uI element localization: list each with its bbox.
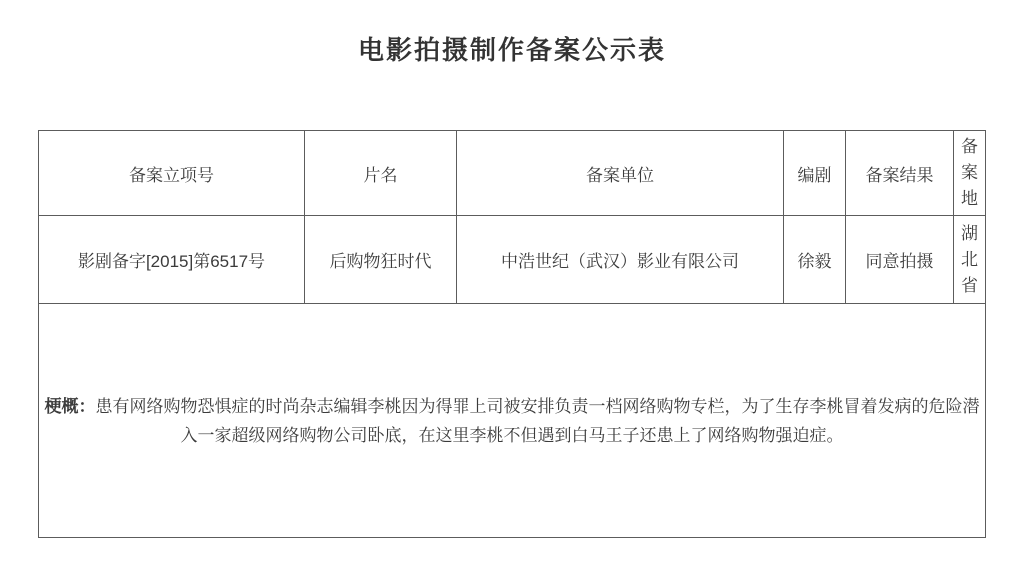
header-film-title: 片名 xyxy=(305,131,457,216)
header-filing-number: 备案立项号 xyxy=(39,131,305,216)
cell-screenwriter: 徐毅 xyxy=(784,216,846,304)
cell-film-title: 后购物狂时代 xyxy=(305,216,457,304)
table-header-row: 备案立项号 片名 备案单位 编剧 备案结果 备案地 xyxy=(39,131,986,216)
synopsis-cell: 梗概：患有网络购物恐惧症的时尚杂志编辑李桃因为得罪上司被安排负责一档网络购物专栏… xyxy=(39,304,986,538)
cell-filing-place: 湖北省 xyxy=(954,216,986,304)
header-filing-unit: 备案单位 xyxy=(457,131,784,216)
header-screenwriter: 编剧 xyxy=(784,131,846,216)
cell-filing-number: 影剧备字[2015]第6517号 xyxy=(39,216,305,304)
synopsis-label: 梗概： xyxy=(45,397,96,416)
header-filing-result: 备案结果 xyxy=(846,131,954,216)
table-row: 影剧备字[2015]第6517号 后购物狂时代 中浩世纪（武汉）影业有限公司 徐… xyxy=(39,216,986,304)
synopsis-row: 梗概：患有网络购物恐惧症的时尚杂志编辑李桃因为得罪上司被安排负责一档网络购物专栏… xyxy=(39,304,986,538)
filing-table: 备案立项号 片名 备案单位 编剧 备案结果 备案地 影剧备字[2015]第651… xyxy=(38,130,986,538)
page-title: 电影拍摄制作备案公示表 xyxy=(0,0,1024,67)
header-filing-place: 备案地 xyxy=(954,131,986,216)
cell-filing-result: 同意拍摄 xyxy=(846,216,954,304)
cell-filing-unit: 中浩世纪（武汉）影业有限公司 xyxy=(457,216,784,304)
document-page: 电影拍摄制作备案公示表 备案立项号 片名 备案单位 编剧 备案结果 备案地 影剧… xyxy=(0,0,1024,577)
synopsis-text: 患有网络购物恐惧症的时尚杂志编辑李桃因为得罪上司被安排负责一档网络购物专栏，为了… xyxy=(96,397,980,445)
